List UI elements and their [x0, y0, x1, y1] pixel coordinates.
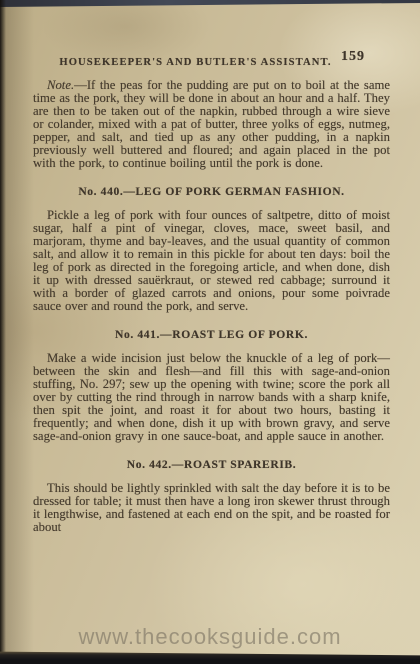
note-text: —If the peas for the pudding are put on …: [33, 78, 390, 170]
recipe-heading-440: No. 440.—LEG OF PORK GERMAN FASHION.: [33, 185, 390, 198]
watermark: www.thecooksguide.com: [0, 624, 420, 650]
running-header: HOUSEKEEPER'S AND BUTLER'S ASSISTANT. 15…: [33, 52, 390, 69]
recipe-heading-441: No. 441.—ROAST LEG OF PORK.: [33, 328, 390, 341]
recipe-heading-442: No. 442.—ROAST SPARERIB.: [33, 458, 390, 471]
running-title: HOUSEKEEPER'S AND BUTLER'S ASSISTANT.: [59, 57, 331, 68]
page-content: HOUSEKEEPER'S AND BUTLER'S ASSISTANT. 15…: [33, 44, 390, 534]
page-number: 159: [341, 49, 365, 65]
photo-edge-left: [0, 0, 6, 664]
recipe-body-442: This should be lightly sprinkled with sa…: [33, 482, 390, 534]
scanned-book-page: HOUSEKEEPER'S AND BUTLER'S ASSISTANT. 15…: [0, 0, 420, 664]
note-label: Note.: [47, 78, 74, 92]
recipe-body-441: Make a wide incision just below the knuc…: [33, 352, 390, 443]
photo-edge-top: [0, 0, 420, 7]
note-paragraph: Note.—If the peas for the pudding are pu…: [33, 79, 390, 170]
recipe-body-440: Pickle a leg of pork with four ounces of…: [33, 209, 390, 313]
photo-edge-bottom: [0, 650, 420, 664]
